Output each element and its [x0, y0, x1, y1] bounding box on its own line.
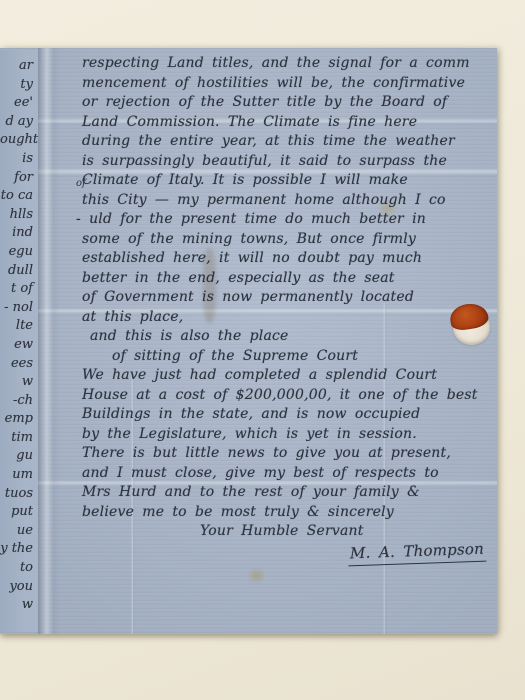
facing-page-text-fragment: dull — [0, 262, 38, 281]
facing-page-text-fragment: is — [0, 150, 38, 169]
letter-signature: M. A. Thompson — [348, 542, 490, 564]
letter-line: by the Legislature, which is yet in sess… — [82, 425, 490, 445]
facing-page-text-fragment: put — [0, 503, 38, 522]
facing-page-text-fragment: ind — [0, 224, 38, 243]
facing-page-text-fragment: w — [0, 596, 38, 615]
letter-line: Climate of Italy. It is possible I will … — [82, 171, 490, 191]
letter-line: and I must close, give my best of respec… — [82, 464, 490, 484]
facing-page-text-fragment: ee' — [0, 94, 38, 113]
letter-line: of sitting of the Supreme Court — [112, 347, 490, 367]
facing-page-text-fragment: ees — [0, 355, 38, 374]
letter-line: Land Commission. The Climate is fine her… — [82, 113, 490, 133]
inserted-word: of — [76, 178, 86, 189]
facing-page-text-fragment: emp — [0, 410, 38, 429]
facing-page-text-fragment: um — [0, 466, 38, 485]
facing-page-text-fragment: for — [0, 169, 38, 188]
facing-page-text-fragment: ty — [0, 76, 38, 95]
letter-line: House at a cost of $200,000,00, it one o… — [82, 386, 490, 406]
letter-line: and this is also the place — [90, 327, 490, 347]
letter-text-block: respecting Land titles, and the signal f… — [82, 54, 490, 563]
letter-line: established here, it will no doubt pay m… — [82, 249, 490, 269]
facing-page-text-fragment: to ca — [0, 187, 38, 206]
facing-page-text-fragment: you — [0, 578, 38, 597]
facing-page-text-fragment: t of — [0, 280, 38, 299]
letter-line: Buildings in the state, and is now occup… — [82, 405, 490, 425]
page-fold-gutter — [38, 48, 60, 634]
letter-line: some of the mining towns, But once firml… — [82, 230, 490, 250]
facing-page-text-fragment: tuos — [0, 485, 38, 504]
letter-line: mencement of hostilities will be, the co… — [82, 74, 490, 94]
facing-page-text-fragment: -ch — [0, 392, 38, 411]
facing-page-edge: artyee'd ayoughtisforto cahllsindegudull… — [0, 50, 38, 632]
letter-closing: Your Humble Servant — [200, 522, 490, 542]
facing-page-text-fragment: ar — [0, 57, 38, 76]
letter-line: respecting Land titles, and the signal f… — [82, 54, 490, 74]
letter-paper: artyee'd ayoughtisforto cahllsindegudull… — [0, 48, 497, 634]
age-spot-stain — [250, 570, 263, 581]
facing-page-text-fragment: d ay — [0, 113, 38, 132]
facing-page-text-fragment: gu — [0, 447, 38, 466]
letter-line: better in the end, especially as the sea… — [82, 269, 490, 289]
photo-backdrop: artyee'd ayoughtisforto cahllsindegudull… — [0, 0, 525, 700]
facing-page-text-fragment: w — [0, 373, 38, 392]
letter-line: Mrs Hurd and to the rest of your family … — [82, 483, 490, 503]
facing-page-text-fragment: lte — [0, 317, 38, 336]
letter-line: We have just had completed a splendid Co… — [82, 366, 490, 386]
facing-page-text-fragment: tim — [0, 429, 38, 448]
wax-seal-wafer — [453, 310, 490, 345]
facing-page-text-fragment: hlls — [0, 206, 38, 225]
facing-page-text-fragment: to — [0, 559, 38, 578]
facing-page-text-fragment: ought — [0, 131, 38, 150]
letter-line: during the entire year, at this time the… — [82, 132, 490, 152]
letter-line: this City — my permanent home although I… — [82, 191, 490, 211]
facing-page-text-fragment: y the — [0, 540, 38, 559]
letter-line: or rejection of the Sutter title by the … — [82, 93, 490, 113]
facing-page-text-fragment: egu — [0, 243, 38, 262]
letter-line: at this place, — [82, 308, 490, 328]
facing-page-text-fragment: ue — [0, 522, 38, 541]
facing-page-text-fragment: ew — [0, 336, 38, 355]
letter-line: believe me to be most truly & sincerely — [82, 503, 490, 523]
letter-lines: respecting Land titles, and the signal f… — [82, 54, 490, 522]
letter-line: is surpassingly beautiful, it said to su… — [82, 152, 490, 172]
facing-page-text-fragment: - nol — [0, 299, 38, 318]
signature-text: M. A. Thompson — [348, 539, 487, 565]
letter-line: of Government is now permanently located — [82, 288, 490, 308]
letter-line: - uld for the present time do much bette… — [76, 210, 490, 230]
letter-line: There is but little news to give you at … — [82, 444, 490, 464]
